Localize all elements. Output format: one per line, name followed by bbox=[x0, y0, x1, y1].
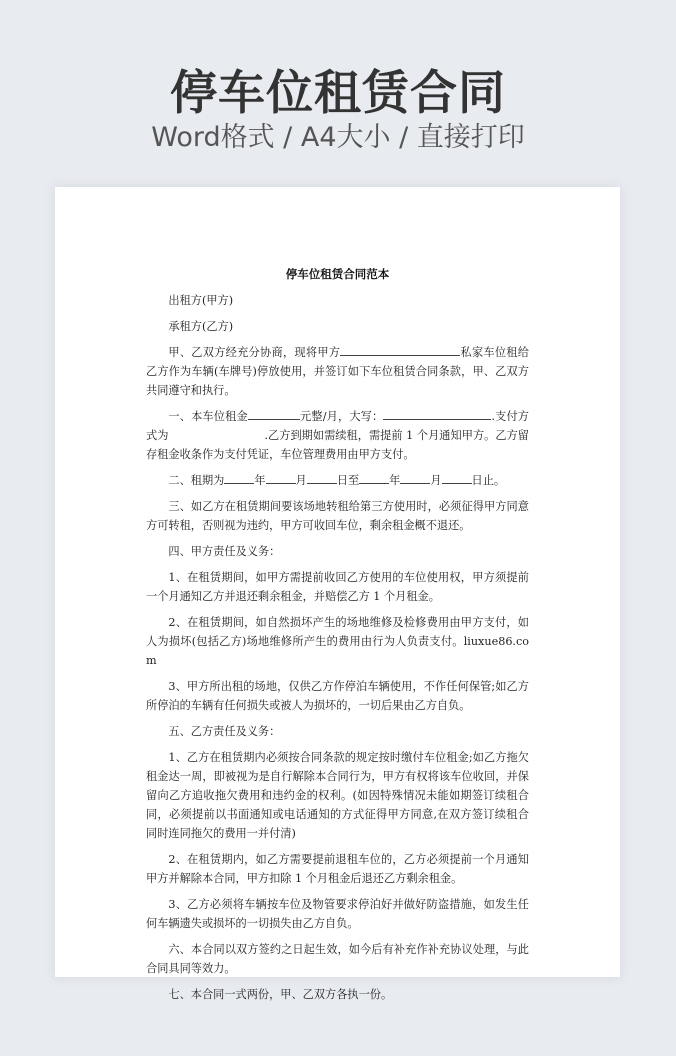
clause-1-text-2: 元整/月，大写： bbox=[300, 410, 384, 423]
year-label: 年 bbox=[389, 474, 400, 487]
clause-1-text-1: 一、本车位租金 bbox=[168, 410, 247, 423]
document-title: 停车位租赁合同范本 bbox=[146, 265, 529, 284]
end-month-blank[interactable] bbox=[400, 471, 430, 484]
start-year-blank[interactable] bbox=[224, 471, 254, 484]
start-day-blank[interactable] bbox=[307, 471, 337, 484]
end-day-blank[interactable] bbox=[442, 471, 472, 484]
day-end-label: 日止。 bbox=[472, 474, 506, 487]
document-page: 停车位租赁合同范本 出租方(甲方) 承租方(乙方) 甲、乙双方经充分协商，现将甲… bbox=[55, 187, 620, 977]
clause-4-heading: 四、甲方责任及义务： bbox=[146, 542, 529, 561]
clause-4-item-2: 2、在租赁期间，如自然损坏产生的场地维修及检修费用由甲方支付，如人为损坏(包括乙… bbox=[146, 613, 529, 670]
clause-3-paragraph: 三、如乙方在租赁期间要该场地转租给第三方使用时，必须征得甲方同意方可转租，否则视… bbox=[146, 497, 529, 535]
rent-amount-blank[interactable] bbox=[248, 407, 300, 420]
start-month-blank[interactable] bbox=[266, 471, 296, 484]
clause-1-paragraph: 一、本车位租金元整/月，大写：.支付方式为.乙方到期如需续租，需提前 1 个月通… bbox=[146, 407, 529, 464]
clause-4-item-1: 1、在租赁期间，如甲方需提前收回乙方使用的车位使用权，甲方须提前一个月通知乙方并… bbox=[146, 568, 529, 606]
intro-text-1: 甲、乙双方经充分协商，现将甲方 bbox=[168, 346, 340, 359]
day-to-label: 日至 bbox=[337, 474, 359, 487]
clause-2-paragraph: 二、租期为年月日至年月日止。 bbox=[146, 471, 529, 490]
clause-5-item-3: 3、乙方必须将车辆按车位及物管要求停泊好并做好防盗措施，如发生任何车辆遗失或损坏… bbox=[146, 895, 529, 933]
clause-5-item-2: 2、在租赁期内，如乙方需要提前退租车位的，乙方必须提前一个月通知甲方并解除本合同… bbox=[146, 850, 529, 888]
year-label: 年 bbox=[254, 474, 265, 487]
month-label: 月 bbox=[296, 474, 307, 487]
document-body: 停车位租赁合同范本 出租方(甲方) 承租方(乙方) 甲、乙双方经充分协商，现将甲… bbox=[146, 265, 529, 1011]
clause-2-text-1: 二、租期为 bbox=[168, 474, 224, 487]
hero-subtitle: Word格式 / A4大小 / 直接打印 bbox=[0, 118, 676, 158]
clause-7-paragraph: 七、本合同一式两份，甲、乙双方各执一份。 bbox=[146, 985, 529, 1004]
end-year-blank[interactable] bbox=[359, 471, 389, 484]
intro-paragraph: 甲、乙双方经充分协商，现将甲方私家车位租给乙方作为车辆(车牌号)停放使用，并签订… bbox=[146, 343, 529, 400]
rent-amount-words-blank[interactable] bbox=[383, 407, 491, 420]
clause-5-item-1: 1、乙方在租赁期内必须按合同条款的规定按时缴付车位租金;如乙方拖欠租金达一周，即… bbox=[146, 748, 529, 843]
payment-method-blank[interactable] bbox=[168, 427, 264, 439]
clause-5-heading: 五、乙方责任及义务： bbox=[146, 722, 529, 741]
month-label: 月 bbox=[430, 474, 441, 487]
clause-6-paragraph: 六、本合同以双方签约之日起生效，如今后有补充作补充协议处理，与此合同具同等效力。 bbox=[146, 940, 529, 978]
lessee-line: 承租方(乙方) bbox=[146, 317, 529, 336]
hero-title: 停车位租赁合同 bbox=[0, 64, 676, 124]
clause-4-item-3: 3、甲方所出租的场地，仅供乙方作停泊车辆使用，不作任何保管;如乙方所停泊的车辆有… bbox=[146, 677, 529, 715]
lessor-line: 出租方(甲方) bbox=[146, 291, 529, 310]
lessor-name-blank[interactable] bbox=[340, 343, 460, 356]
